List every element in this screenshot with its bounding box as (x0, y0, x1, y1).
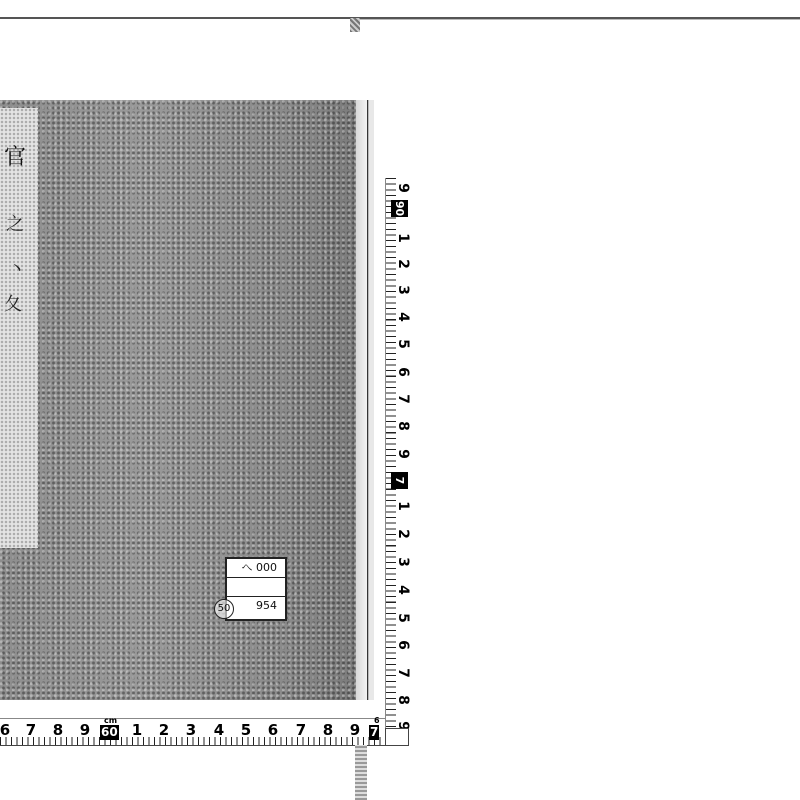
catalog-label: へ 000 954 (225, 557, 287, 621)
title-slip (0, 108, 38, 548)
ruler-digit: 8 (395, 693, 411, 707)
book-fore-edge (356, 100, 374, 700)
ruler-digit: 6 (395, 638, 411, 652)
ruler-major-mark: 7 (369, 725, 379, 740)
ruler-digit: 6 (266, 721, 280, 739)
ruler-digit: 3 (395, 555, 411, 569)
ruler-major-mark: 7 (391, 472, 408, 489)
ruler-digit: 1 (130, 721, 144, 739)
vertical-ruler: 9 90 1 2 3 4 5 6 7 8 9 7 1 2 3 4 5 6 7 8… (385, 178, 410, 743)
ruler-digit: 5 (395, 611, 411, 625)
ruler-corner-mark (385, 728, 409, 746)
label-row-number: 954 (227, 597, 285, 615)
ruler-digit: 4 (395, 583, 411, 597)
label-row-blank (227, 578, 285, 597)
ruler-digit: 6 (395, 365, 411, 379)
ruler-digit: 3 (184, 721, 198, 739)
label-row-call-number: へ 000 (227, 559, 285, 578)
ruler-major-mark: 90 (391, 200, 408, 217)
ruler-digit: 8 (321, 721, 335, 739)
scan-top-edge-faint (360, 19, 800, 20)
title-mark: 之 (6, 210, 24, 236)
title-mark: 夂 (4, 290, 22, 316)
ruler-digit: 9 (395, 181, 411, 195)
ruler-major-mark: 60 (100, 725, 119, 740)
circle-stamp: 50 (214, 599, 234, 619)
ruler-digit: 9 (395, 447, 411, 461)
ruler-digit: 1 (395, 499, 411, 513)
ruler-digit: 7 (24, 721, 38, 739)
ruler-digit: 7 (395, 392, 411, 406)
ruler-digit: 2 (395, 527, 411, 541)
ruler-digit: 8 (51, 721, 65, 739)
ruler-digit: 2 (157, 721, 171, 739)
scanned-page: 官 之 丶 夂 へ 000 954 50 9 90 1 2 3 4 5 6 7 … (0, 0, 800, 800)
ruler-digit: 8 (395, 419, 411, 433)
ruler-digit: 1 (395, 231, 411, 245)
ruler-digit: 7 (395, 666, 411, 680)
ruler-digit: 6 (0, 721, 12, 739)
ruler-digit: 5 (239, 721, 253, 739)
title-mark: 丶 (8, 255, 26, 281)
ruler-digit: 7 (294, 721, 308, 739)
ruler-digit: 4 (395, 310, 411, 324)
ruler-digit: 9 (348, 721, 362, 739)
ruler-unit: 6 (374, 716, 380, 725)
ruler-digit: 9 (78, 721, 92, 739)
ruler-digit: 3 (395, 283, 411, 297)
book-cover (0, 100, 362, 700)
ruler-digit: 2 (395, 257, 411, 271)
binder-clip-bottom (355, 745, 367, 800)
title-character: 官 (4, 140, 26, 171)
binder-clip-top (350, 18, 360, 32)
ruler-digit: 4 (212, 721, 226, 739)
horizontal-ruler: 6 7 8 9 cm 60 1 2 3 4 5 6 7 8 9 6 7 (0, 718, 385, 746)
ruler-digit: 5 (395, 337, 411, 351)
ruler-unit: cm (104, 716, 117, 725)
